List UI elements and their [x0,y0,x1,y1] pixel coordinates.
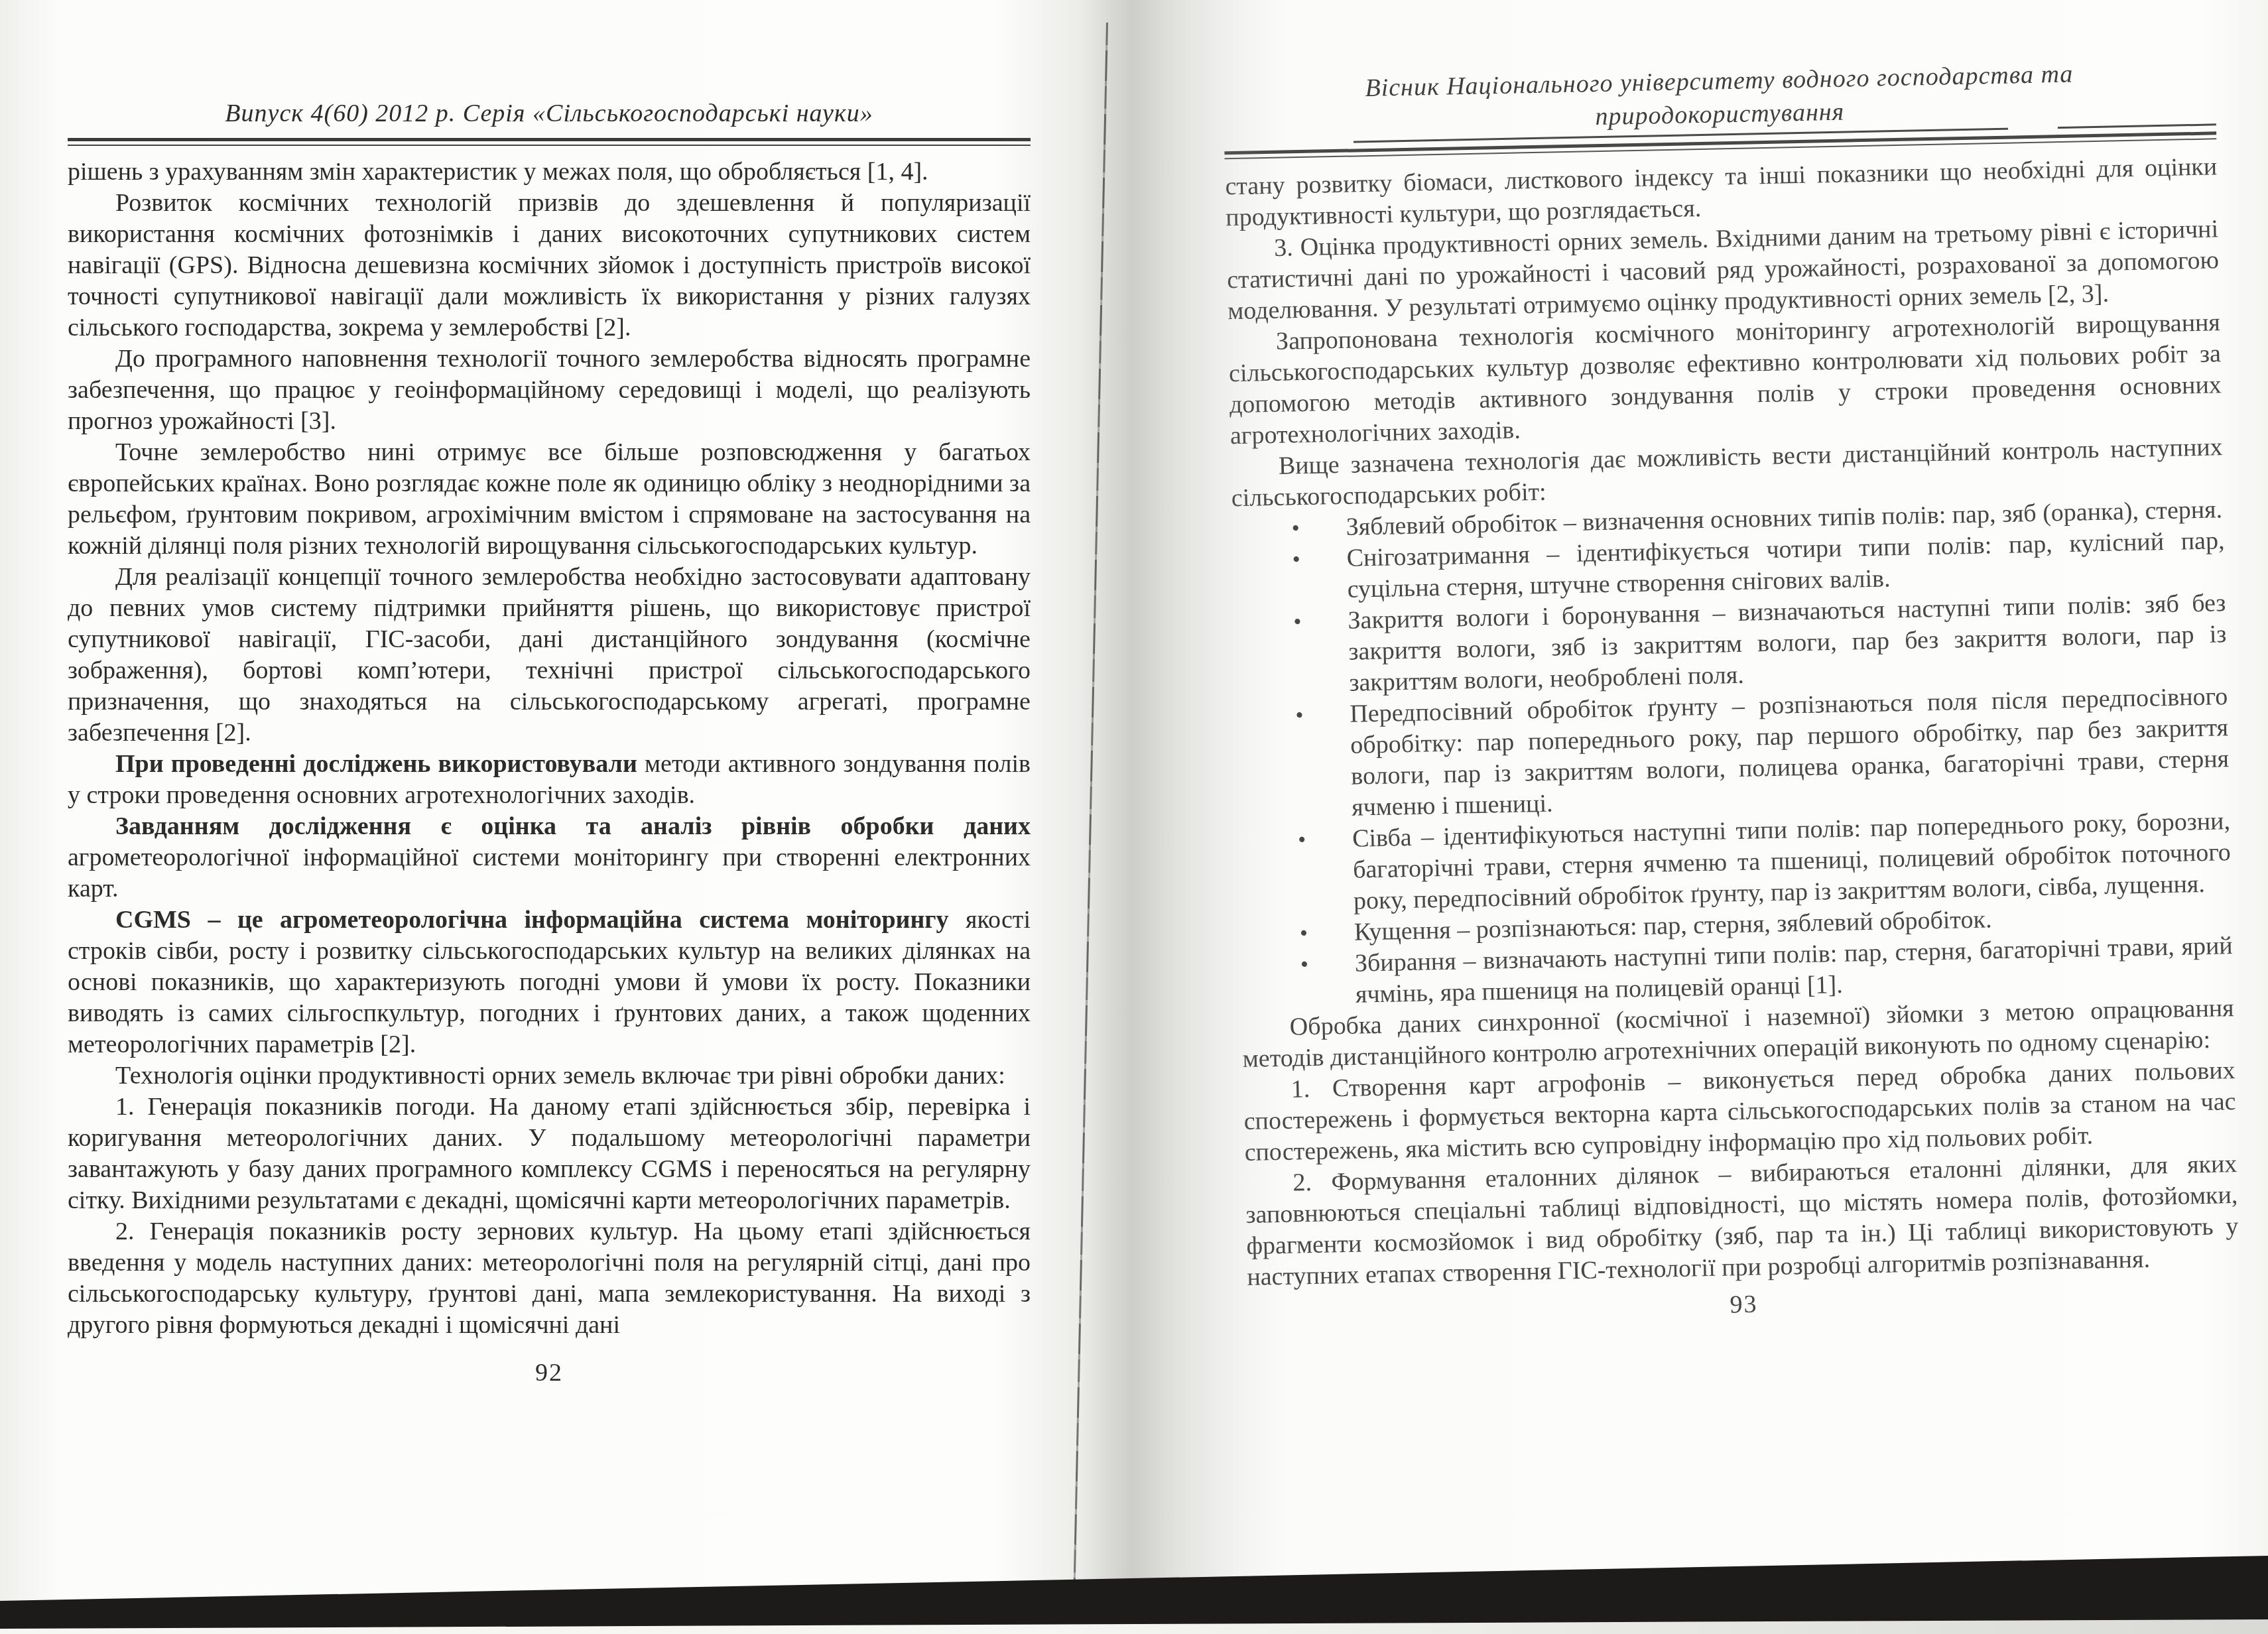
paragraph: 2. Формування еталонних ділянок – вибира… [1245,1149,2239,1293]
list-item: •Передпосівний обробіток ґрунту – розпіз… [1235,681,2230,826]
paragraph: рішень з урахуванням змін характеристик … [68,157,1031,188]
book-scan: Випуск 4(60) 2012 р. Серія «Сільськогосп… [0,0,2268,1634]
bullet-icon: • [1291,512,1346,544]
paragraph: Завданням дослідження є оцінка та аналіз… [68,811,1031,905]
bullet-list: •Зяблевий обробіток – визначення основни… [1231,494,2234,1013]
paragraph: CGMS – це агрометеорологічна інформаційн… [68,905,1031,1060]
bullet-icon: • [1300,917,1355,950]
list-item-text: Закриття вологи і боронування – визначаю… [1348,588,2228,699]
paragraph: Технологія оцінки продуктивності орних з… [68,1060,1031,1092]
page-gutter-shadow [995,0,1280,1634]
paragraph: Запропонована технологія космічного моні… [1228,307,2222,452]
paragraph: Розвиток космічних технологій призвів до… [68,188,1031,344]
paragraph: При проведенні досліджень використовувал… [68,749,1031,811]
paragraph: До програмного наповнення технології точ… [68,344,1031,437]
bullet-icon: • [1293,605,1350,700]
paragraph-bold-lead: CGMS – це агрометеорологічна інформаційн… [115,906,949,934]
paragraph: Точне землеробство нині отримує все біль… [68,437,1031,562]
bullet-icon: • [1292,543,1348,607]
left-page-running-header: Випуск 4(60) 2012 р. Серія «Сільськогосп… [68,98,1031,138]
paragraph: 1. Генерація показників погоди. На даном… [68,1092,1031,1216]
left-page-body: рішень з урахуванням змін характеристик … [68,157,1031,1341]
paragraph-bold-lead: При проведенні досліджень використовувал… [115,750,637,778]
list-item-text: Сівба – ідентифікуються наступні типи по… [1352,806,2232,917]
paragraph-bold-lead: Завданням дослідження є оцінка та аналіз… [115,812,1031,840]
bullet-icon: • [1298,824,1354,918]
paragraph: Для реалізації концепції точного землеро… [68,562,1031,749]
right-page-body-top: стану розвитку біомаси, листкового індек… [1225,151,2224,514]
right-page: Вісник Національного університету водног… [1223,54,2240,1329]
paragraph: 2. Генерація показників росту зернових к… [68,1216,1031,1341]
bullet-icon: • [1295,699,1352,825]
bullet-icon: • [1300,948,1356,1012]
left-page-number: 92 [68,1358,1031,1387]
left-page-header-rule [68,138,1031,146]
right-page-body-bottom: Обробка даних синхронної (космічної і на… [1241,993,2239,1293]
left-page: Випуск 4(60) 2012 р. Серія «Сільськогосп… [68,98,1031,1387]
list-item-text: Передпосівний обробіток ґрунту – розпізн… [1350,681,2230,824]
